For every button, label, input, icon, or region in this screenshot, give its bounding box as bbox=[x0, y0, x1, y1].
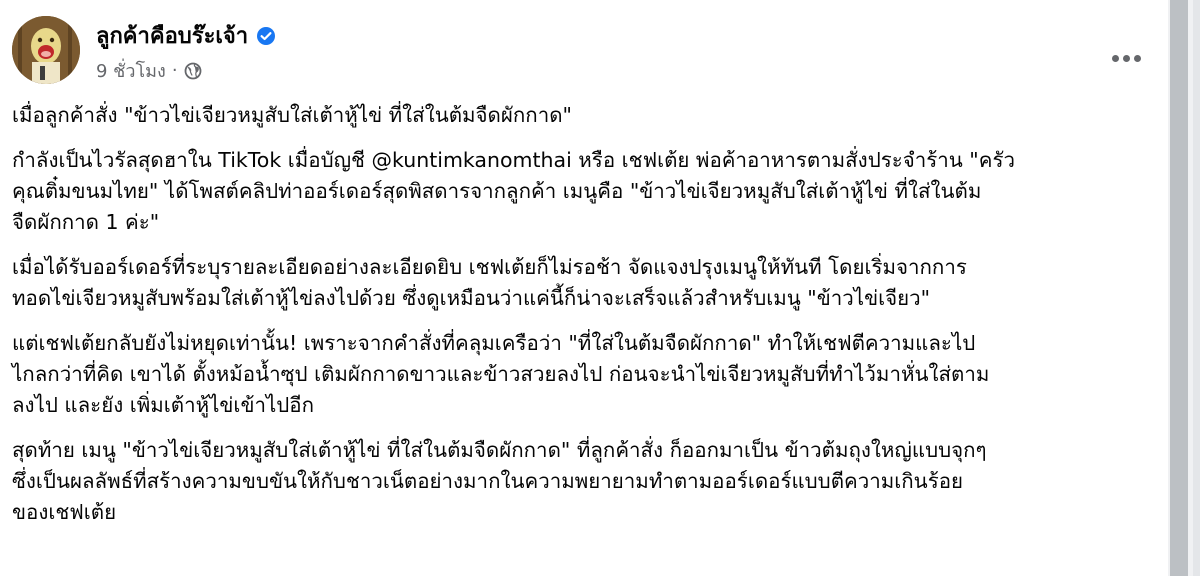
author-row: ลูกค้าคือบร๊ะเจ้า bbox=[96, 18, 276, 53]
scrollbar-edge bbox=[1193, 0, 1200, 576]
globe-icon[interactable] bbox=[184, 62, 202, 80]
meta-separator: · bbox=[172, 60, 178, 81]
author-avatar[interactable] bbox=[12, 16, 80, 84]
post-text-line: สุดท้าย เมนู "ข้าวไข่เจียวหมูสับใส่เต้าห… bbox=[12, 435, 1168, 466]
post-header: ลูกค้าคือบร๊ะเจ้า 9 ชั่วโมง · bbox=[12, 14, 1162, 86]
scrollbar-thumb[interactable] bbox=[1170, 0, 1188, 576]
post-paragraph: แต่เชฟเต้ยกลับยังไม่หยุดเท่านั้น! เพราะจ… bbox=[12, 328, 1168, 421]
more-horizontal-icon bbox=[1112, 55, 1119, 62]
more-horizontal-icon bbox=[1134, 55, 1141, 62]
post-text-line: คุณติ๋มขนมไทย" ได้โพสต์คลิปท่าออร์เดอร์ส… bbox=[12, 176, 1168, 207]
post-timestamp[interactable]: 9 ชั่วโมง bbox=[96, 56, 166, 85]
facebook-post: ลูกค้าคือบร๊ะเจ้า 9 ชั่วโมง · bbox=[0, 0, 1168, 576]
post-text-line: จืดผักกาด 1 ค่ะ" bbox=[12, 207, 1168, 238]
post-meta: 9 ชั่วโมง · bbox=[96, 56, 202, 85]
verified-badge-icon bbox=[256, 26, 276, 46]
post-text-line: ของเชฟเต้ย bbox=[12, 497, 1168, 528]
post-text-line: ทอดไข่เจียวหมูสับพร้อมใส่เต้าหู้ไข่ลงไปด… bbox=[12, 283, 1168, 314]
author-name[interactable]: ลูกค้าคือบร๊ะเจ้า bbox=[96, 18, 248, 53]
post-paragraph: สุดท้าย เมนู "ข้าวไข่เจียวหมูสับใส่เต้าห… bbox=[12, 435, 1168, 528]
post-text-line: ลงไป และยัง เพิ่มเต้าหู้ไข่เข้าไปอีก bbox=[12, 390, 1168, 421]
more-options-button[interactable] bbox=[1108, 48, 1144, 68]
post-paragraph: กำลังเป็นไวรัลสุดฮาใน TikTok เมื่อบัญชี … bbox=[12, 145, 1168, 238]
post-paragraph: เมื่อได้รับออร์เดอร์ที่ระบุรายละเอียดอย่… bbox=[12, 252, 1168, 314]
post-text-line: กำลังเป็นไวรัลสุดฮาใน TikTok เมื่อบัญชี … bbox=[12, 145, 1168, 176]
post-text-line: ซึ่งเป็นผลลัพธ์ที่สร้างความขบขันให้กับชา… bbox=[12, 466, 1168, 497]
post-text-line: แต่เชฟเต้ยกลับยังไม่หยุดเท่านั้น! เพราะจ… bbox=[12, 328, 1168, 359]
post-text-line: เมื่อลูกค้าสั่ง "ข้าวไข่เจียวหมูสับใส่เต… bbox=[12, 100, 1168, 131]
post-paragraph: เมื่อลูกค้าสั่ง "ข้าวไข่เจียวหมูสับใส่เต… bbox=[12, 100, 1168, 131]
post-text-line: เมื่อได้รับออร์เดอร์ที่ระบุรายละเอียดอย่… bbox=[12, 252, 1168, 283]
post-text-line: ไกลกว่าที่คิด เขาได้ ตั้งหม้อน้ำซุป เติม… bbox=[12, 359, 1168, 390]
post-body: เมื่อลูกค้าสั่ง "ข้าวไข่เจียวหมูสับใส่เต… bbox=[12, 100, 1168, 542]
avatar-cartoon-icon bbox=[12, 16, 80, 84]
more-horizontal-icon bbox=[1123, 55, 1130, 62]
